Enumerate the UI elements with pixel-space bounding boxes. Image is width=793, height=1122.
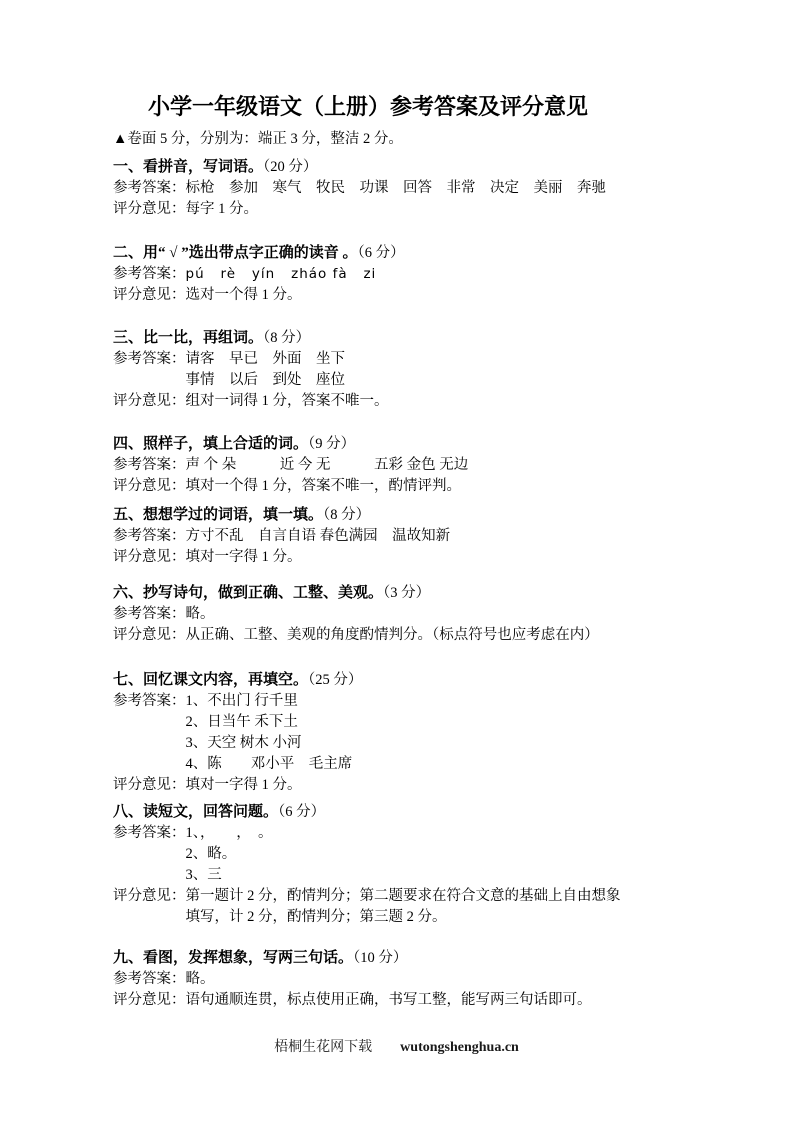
answer-row: 参考答案：略。 [113, 604, 753, 625]
scoring-text: 填对一字得 1 分。 [186, 775, 754, 796]
section-heading-text: 四、照样子，填上合适的词。 [113, 436, 308, 452]
section-heading: 七、回忆课文内容，再填空。（25 分） [113, 670, 753, 691]
scoring-label: 评分意见： [113, 547, 186, 568]
scoring-label: 评分意见： [113, 886, 186, 907]
section-heading-text: 六、抄写诗句，做到正确、工整、美观。 [113, 585, 383, 601]
scoring-row: 评分意见：填对一个得 1 分，答案不唯一，酌情评判。 [113, 476, 753, 497]
section-score: （20 分） [263, 159, 317, 175]
scoring-row: 评分意见：填对一字得 1 分。 [113, 775, 753, 796]
scoring-text: 选对一个得 1 分。 [186, 285, 754, 306]
footer-site-name: 梧桐生花网下载 [274, 1040, 372, 1055]
section-8-reading-comprehension: 八、读短文，回答问题。（6 分） 参考答案：1、， ， 。 2、略。 3、三 评… [113, 802, 753, 928]
answer-key-document: 小学一年级语文（上册）参考答案及评分意见 ▲卷面 5 分，分别为：端正 3 分，… [113, 93, 753, 1011]
answer-row: 参考答案：声 个 朵 近 今 无 五彩 金色 无边 [113, 455, 753, 476]
answer-row: 参考答案：请客 早已 外面 坐下 事情 以后 到处 座位 [113, 349, 753, 391]
scoring-label: 评分意见： [113, 285, 186, 306]
answer-label: 参考答案： [113, 823, 186, 844]
answer-text: 声 个 朵 近 今 无 五彩 金色 无边 [186, 455, 754, 476]
section-heading: 九、看图，发挥想象，写两三句话。（10 分） [113, 948, 753, 969]
section-heading-text: 二、用“ √ ”选出带点字正确的读音 。 [113, 245, 357, 261]
page-title: 小学一年级语文（上册）参考答案及评分意见 [113, 93, 753, 121]
answer-label: 参考答案： [113, 455, 186, 476]
scoring-label: 评分意见： [113, 625, 186, 646]
scoring-text: 组对一词得 1 分，答案不唯一。 [186, 391, 754, 412]
scoring-row: 评分意见：第一题计 2 分，酌情判分；第二题要求在符合文意的基础上自由想象 填写… [113, 886, 753, 928]
section-score: （3 分） [383, 585, 430, 601]
section-heading: 一、看拼音，写词语。（20 分） [113, 157, 753, 178]
section-heading-text: 五、想想学过的词语，填一填。 [113, 507, 323, 523]
section-7-recall-texts-fill-blanks: 七、回忆课文内容，再填空。（25 分） 参考答案：1、不出门 行千里 2、日当午… [113, 670, 753, 796]
scoring-label: 评分意见： [113, 199, 186, 220]
answer-label: 参考答案： [113, 526, 186, 547]
section-4-fill-suitable-words: 四、照样子，填上合适的词。（9 分） 参考答案：声 个 朵 近 今 无 五彩 金… [113, 434, 753, 497]
scoring-text: 第一题计 2 分，酌情判分；第二题要求在符合文意的基础上自由想象 填写，计 2 … [186, 886, 754, 928]
section-heading: 八、读短文，回答问题。（6 分） [113, 802, 753, 823]
answer-text: 标枪 参加 寒气 牧民 功课 回答 非常 决定 美丽 奔驰 [186, 178, 754, 199]
scoring-row: 评分意见：从正确、工整、美观的角度酌情判分。（标点符号也应考虑在内） [113, 625, 753, 646]
scoring-text: 语句通顺连贯，标点使用正确，书写工整，能写两三句话即可。 [186, 990, 754, 1011]
scoring-row: 评分意见：填对一字得 1 分。 [113, 547, 753, 568]
scoring-label: 评分意见： [113, 476, 186, 497]
section-heading-text: 七、回忆课文内容，再填空。 [113, 672, 308, 688]
section-heading-text: 一、看拼音，写词语。 [113, 159, 263, 175]
scoring-label: 评分意见： [113, 391, 186, 412]
section-heading: 六、抄写诗句，做到正确、工整、美观。（3 分） [113, 583, 753, 604]
scoring-text: 填对一个得 1 分，答案不唯一，酌情评判。 [186, 476, 754, 497]
section-9-picture-writing: 九、看图，发挥想象，写两三句话。（10 分） 参考答案：略。 评分意见：语句通顺… [113, 948, 753, 1011]
answer-row: 参考答案：pú rè yín zháo fà zi [113, 264, 753, 285]
section-1-pinyin-words: 一、看拼音，写词语。（20 分） 参考答案：标枪 参加 寒气 牧民 功课 回答 … [113, 157, 753, 220]
scoring-label: 评分意见： [113, 990, 186, 1011]
answer-text: 1、， ， 。 2、略。 3、三 [186, 823, 754, 886]
answer-text: 略。 [186, 969, 754, 990]
section-heading: 五、想想学过的词语，填一填。（8 分） [113, 505, 753, 526]
section-score: （8 分） [323, 507, 370, 523]
answer-label: 参考答案： [113, 178, 186, 199]
answer-label: 参考答案： [113, 349, 186, 370]
answer-label: 参考答案： [113, 969, 186, 990]
section-2-choose-pronunciation: 二、用“ √ ”选出带点字正确的读音 。（6 分） 参考答案：pú rè yín… [113, 243, 753, 306]
section-score: （6 分） [357, 245, 404, 261]
section-heading: 二、用“ √ ”选出带点字正确的读音 。（6 分） [113, 243, 753, 264]
answer-text: 请客 早已 外面 坐下 事情 以后 到处 座位 [186, 349, 754, 391]
answer-row: 参考答案：略。 [113, 969, 753, 990]
scoring-text: 每字 1 分。 [186, 199, 754, 220]
footer-site-url: wutongshenghua.cn [400, 1040, 519, 1055]
answer-label: 参考答案： [113, 604, 186, 625]
scoring-text: 填对一字得 1 分。 [186, 547, 754, 568]
answer-row: 参考答案：1、不出门 行千里 2、日当午 禾下土 3、天空 树木 小河 4、陈 … [113, 691, 753, 775]
section-heading: 三、比一比，再组词。（8 分） [113, 328, 753, 349]
section-heading-text: 三、比一比，再组词。 [113, 330, 263, 346]
scoring-label: 评分意见： [113, 775, 186, 796]
answer-row: 参考答案：标枪 参加 寒气 牧民 功课 回答 非常 决定 美丽 奔驰 [113, 178, 753, 199]
answer-text-pinyin: pú rè yín zháo fà zi [186, 264, 754, 285]
section-heading-text: 八、读短文，回答问题。 [113, 804, 278, 820]
section-score: （10 分） [353, 950, 407, 966]
section-score: （25 分） [308, 672, 362, 688]
section-score: （9 分） [308, 436, 355, 452]
scoring-row: 评分意见：组对一词得 1 分，答案不唯一。 [113, 391, 753, 412]
scoring-text: 从正确、工整、美观的角度酌情判分。（标点符号也应考虑在内） [186, 625, 754, 646]
page-footer: 梧桐生花网下载wutongshenghua.cn [0, 1038, 793, 1058]
answer-text: 方寸不乱 自言自语 春色满园 温故知新 [186, 526, 754, 547]
paper-surface-note: ▲卷面 5 分，分别为：端正 3 分，整洁 2 分。 [113, 129, 753, 150]
answer-row: 参考答案：方寸不乱 自言自语 春色满园 温故知新 [113, 526, 753, 547]
answer-label: 参考答案： [113, 264, 186, 285]
answer-row: 参考答案：1、， ， 。 2、略。 3、三 [113, 823, 753, 886]
answer-text: 1、不出门 行千里 2、日当午 禾下土 3、天空 树木 小河 4、陈 邓小平 毛… [186, 691, 754, 775]
answer-label: 参考答案： [113, 691, 186, 712]
answer-text: 略。 [186, 604, 754, 625]
section-heading-text: 九、看图，发挥想象，写两三句话。 [113, 950, 353, 966]
section-score: （6 分） [278, 804, 325, 820]
section-5-learned-idioms: 五、想想学过的词语，填一填。（8 分） 参考答案：方寸不乱 自言自语 春色满园 … [113, 505, 753, 568]
section-3-compare-form-words: 三、比一比，再组词。（8 分） 参考答案：请客 早已 外面 坐下 事情 以后 到… [113, 328, 753, 412]
scoring-row: 评分意见：每字 1 分。 [113, 199, 753, 220]
scoring-row: 评分意见：选对一个得 1 分。 [113, 285, 753, 306]
section-heading: 四、照样子，填上合适的词。（9 分） [113, 434, 753, 455]
section-6-copy-verse: 六、抄写诗句，做到正确、工整、美观。（3 分） 参考答案：略。 评分意见：从正确… [113, 583, 753, 646]
scoring-row: 评分意见：语句通顺连贯，标点使用正确，书写工整，能写两三句话即可。 [113, 990, 753, 1011]
section-score: （8 分） [263, 330, 310, 346]
